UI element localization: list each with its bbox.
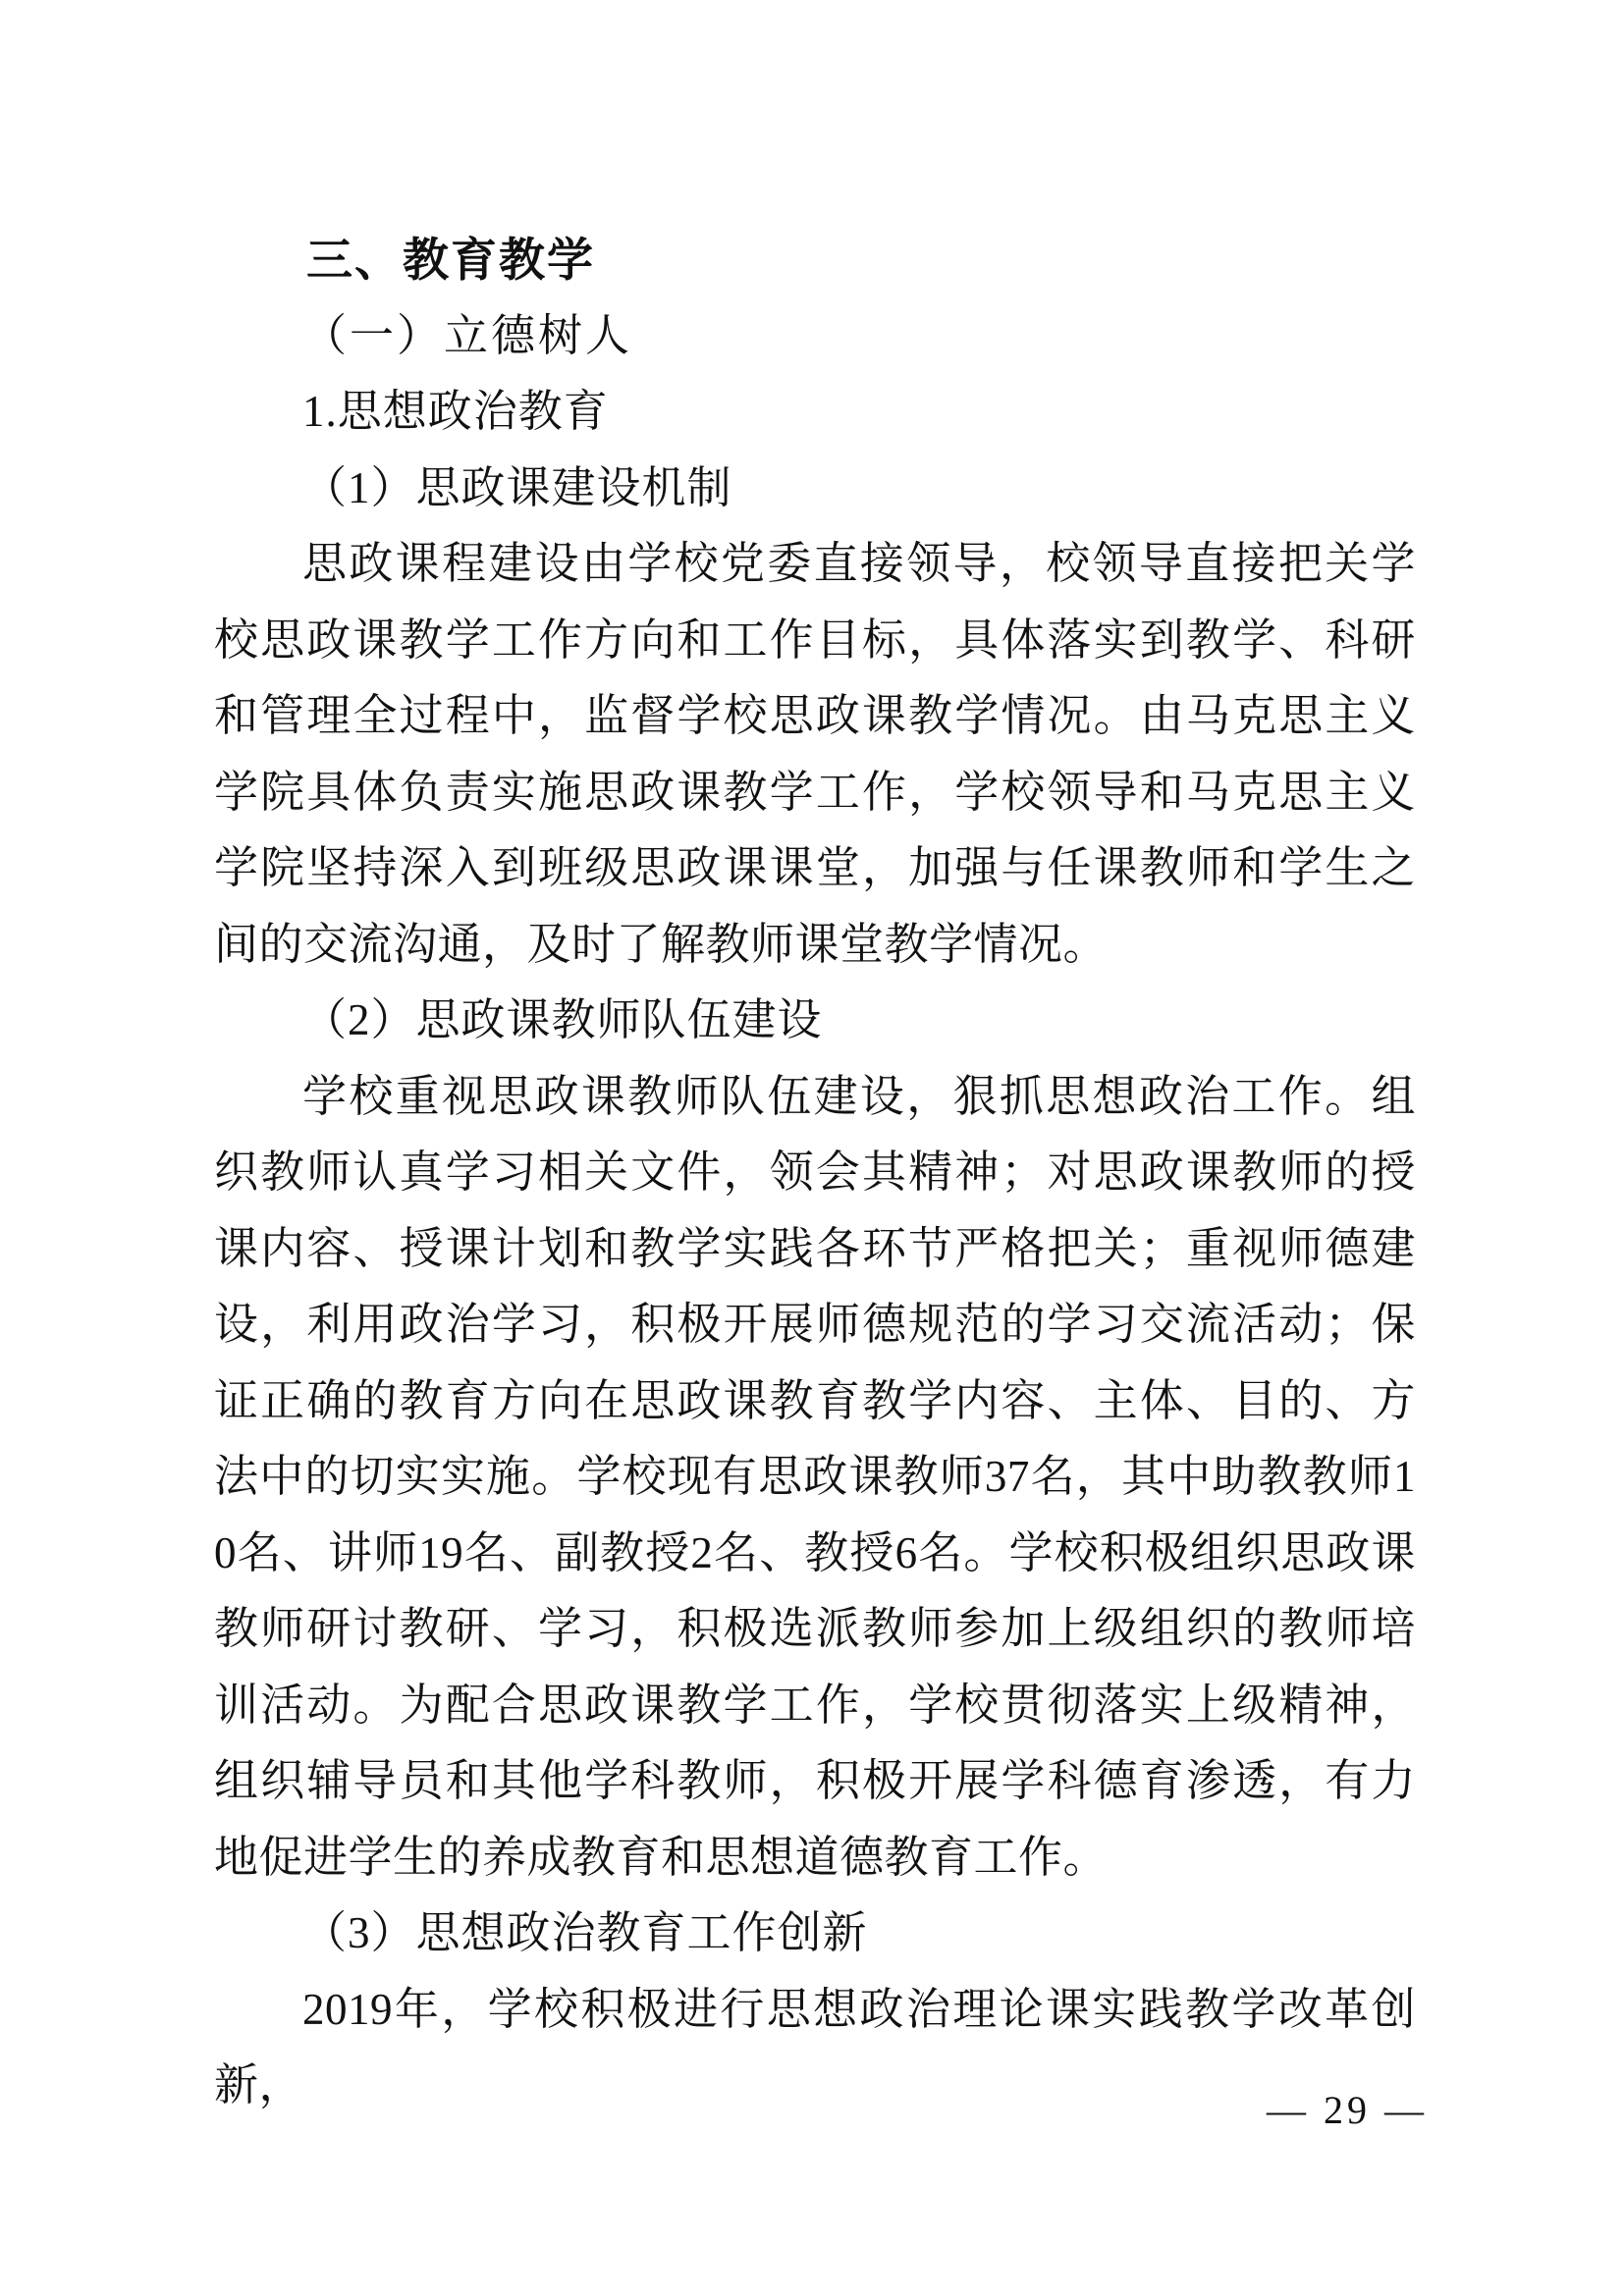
document-content: 三、教育教学 （一）立德树人 1.思想政治教育 （1）思政课建设机制 思政课程建…	[214, 222, 1416, 2124]
item-heading-2: （2）思政课教师队伍建设	[214, 983, 1416, 1059]
page-number: — 29 —	[1259, 2087, 1435, 2134]
item-heading-1: （1）思政课建设机制	[214, 451, 1416, 527]
section-heading: （一）立德树人	[214, 298, 1416, 375]
subsection-heading: 1.思想政治教育	[214, 374, 1416, 451]
body-paragraph-1: 思政课程建设由学校党委直接领导，校领导直接把关学校思政课教学工作方向和工作目标，…	[214, 526, 1416, 983]
item-heading-3: （3）思想政治教育工作创新	[214, 1896, 1416, 1972]
document-page: 三、教育教学 （一）立德树人 1.思想政治教育 （1）思政课建设机制 思政课程建…	[0, 0, 1624, 2296]
body-paragraph-2: 学校重视思政课教师队伍建设，狠抓思想政治工作。组织教师认真学习相关文件，领会其精…	[214, 1059, 1416, 1896]
chapter-heading: 三、教育教学	[214, 222, 1416, 298]
body-paragraph-3: 2019年，学校积极进行思想政治理论课实践教学改革创新，	[214, 1972, 1416, 2124]
